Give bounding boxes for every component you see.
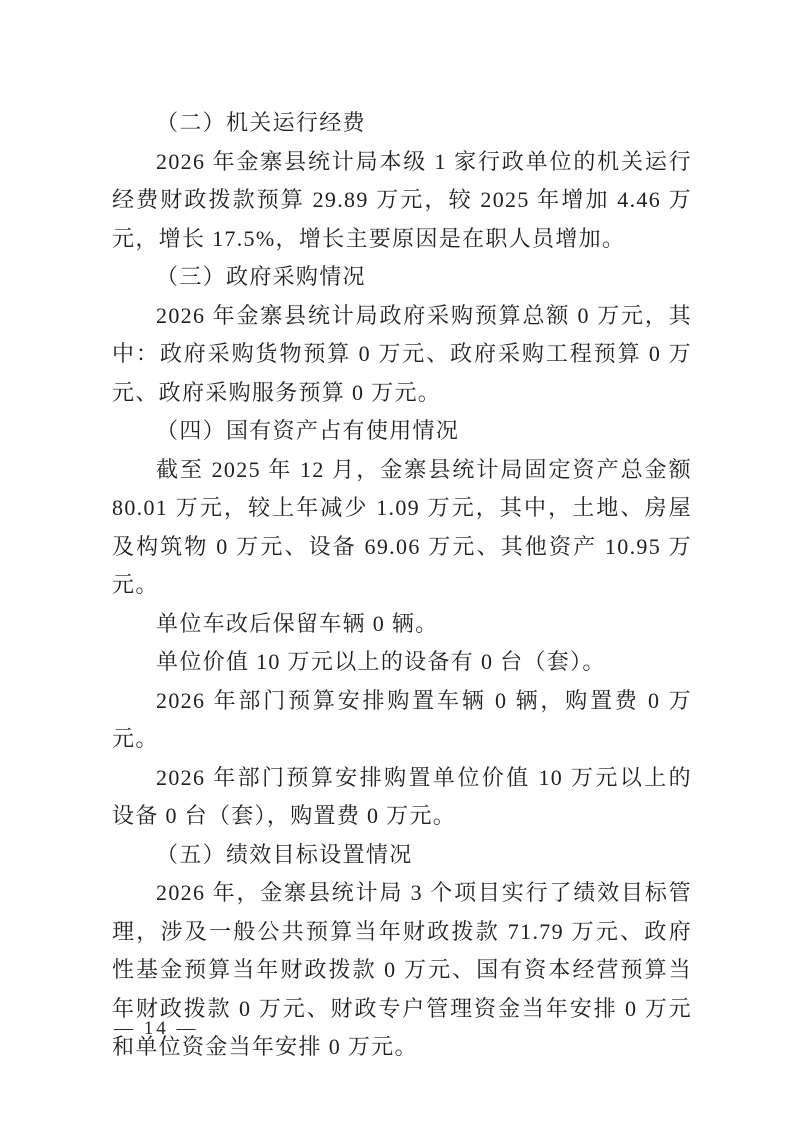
paragraph-vehicle-purchase-budget: 2026 年部门预算安排购置车辆 0 辆，购置费 0 万元。 [112, 682, 692, 759]
paragraph-government-procurement: 2026 年金寨县统计局政府采购预算总额 0 万元，其中：政府采购货物预算 0 … [112, 297, 692, 413]
document-body: （二）机关运行经费 2026 年金寨县统计局本级 1 家行政单位的机关运行经费财… [112, 104, 692, 1067]
paragraph-performance-targets: 2026 年，金寨县统计局 3 个项目实行了绩效目标管理，涉及一般公共预算当年财… [112, 874, 692, 1067]
paragraph-state-assets-total: 截至 2025 年 12 月，金寨县统计局固定资产总金额 80.01 万元，较上… [112, 451, 692, 605]
section-heading-agency-operating-funds: （二）机关运行经费 [112, 104, 692, 143]
section-heading-state-assets: （四）国有资产占有使用情况 [112, 412, 692, 451]
paragraph-agency-operating-funds: 2026 年金寨县统计局本级 1 家行政单位的机关运行经费财政拨款预算 29.8… [112, 143, 692, 259]
section-heading-performance-targets: （五）绩效目标设置情况 [112, 836, 692, 875]
paragraph-retained-vehicles: 单位车改后保留车辆 0 辆。 [112, 605, 692, 644]
paragraph-equipment-purchase-budget: 2026 年部门预算安排购置单位价值 10 万元以上的设备 0 台（套），购置费… [112, 759, 692, 836]
section-heading-government-procurement: （三）政府采购情况 [112, 258, 692, 297]
paragraph-high-value-equipment: 单位价值 10 万元以上的设备有 0 台（套）。 [112, 643, 692, 682]
page-number: — 14 — [114, 1018, 199, 1040]
document-page: （二）机关运行经费 2026 年金寨县统计局本级 1 家行政单位的机关运行经费财… [0, 0, 793, 1122]
